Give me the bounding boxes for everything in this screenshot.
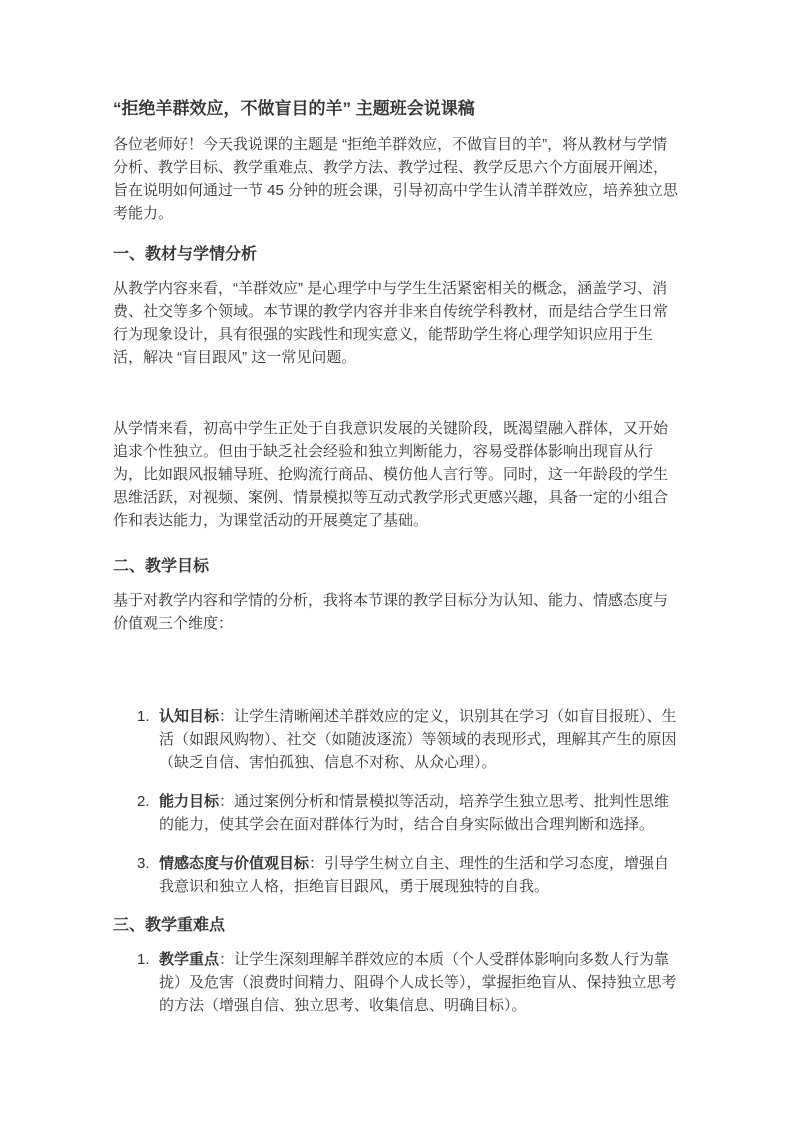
- paragraph-student-situation: 从学情来看，初高中学生正处于自我意识发展的关键阶段，既渴望融入群体，又开始追求个…: [113, 417, 679, 532]
- list-item-teaching-focus: 1. 教学重点：让学生深刻理解羊群效应的本质（个人受群体影响向多数人行为靠拢）及…: [113, 948, 679, 1017]
- paragraph-objectives-intro: 基于对教学内容和学情的分析，我将本节课的教学目标分为认知、能力、情感态度与价值观…: [113, 589, 679, 635]
- blank-block-spacer: [113, 645, 679, 705]
- section-heading-teaching-objectives: 二、教学目标: [113, 555, 679, 579]
- item-text: ：通过案例分析和情景模拟等活动，培养学生独立思考、批判性思维的能力，使其学会在面…: [159, 793, 669, 833]
- intro-paragraph: 各位老师好！今天我说课的主题是 “拒绝羊群效应，不做盲目的羊”，将从教材与学情分…: [113, 133, 679, 225]
- paragraph-teaching-content: 从教学内容来看，“羊群效应” 是心理学中与学生生活紧密相关的概念，涵盖学习、消费…: [113, 277, 679, 369]
- item-number: 1.: [137, 705, 150, 728]
- item-label: 认知目标: [159, 708, 219, 725]
- document-page: “拒绝羊群效应，不做盲目的羊” 主题班会说课稿 各位老师好！今天我说课的主题是 …: [0, 0, 793, 1122]
- item-label: 情感态度与价值观目标: [159, 855, 309, 872]
- section-heading-key-difficult-points: 三、教学重难点: [113, 914, 679, 938]
- item-text: ：让学生深刻理解羊群效应的本质（个人受群体影响向多数人行为靠拢）及危害（浪费时间…: [159, 951, 677, 1014]
- section-heading-material-analysis: 一、教材与学情分析: [113, 243, 679, 267]
- item-number: 1.: [137, 948, 150, 971]
- key-points-list: 1. 教学重点：让学生深刻理解羊群效应的本质（个人受群体影响向多数人行为靠拢）及…: [113, 948, 679, 1017]
- list-item-ability-objective: 2. 能力目标：通过案例分析和情景模拟等活动，培养学生独立思考、批判性思维的能力…: [113, 790, 679, 836]
- item-label: 能力目标: [159, 793, 219, 810]
- item-label: 教学重点: [159, 951, 219, 968]
- item-number: 2.: [137, 790, 150, 813]
- document-title: “拒绝羊群效应，不做盲目的羊” 主题班会说课稿: [113, 96, 679, 122]
- list-item-values-objective: 3. 情感态度与价值观目标：引导学生树立自主、理性的生活和学习态度，增强自我意识…: [113, 852, 679, 898]
- item-number: 3.: [137, 852, 150, 875]
- list-item-cognitive-objective: 1. 认知目标：让学生清晰阐述羊群效应的定义，识别其在学习（如盲目报班）、生活（…: [113, 705, 679, 774]
- blank-line-spacer: [113, 379, 679, 417]
- objectives-list: 1. 认知目标：让学生清晰阐述羊群效应的定义，识别其在学习（如盲目报班）、生活（…: [113, 705, 679, 898]
- item-text: ：让学生清晰阐述羊群效应的定义，识别其在学习（如盲目报班）、生活（如跟风购物）、…: [159, 708, 677, 771]
